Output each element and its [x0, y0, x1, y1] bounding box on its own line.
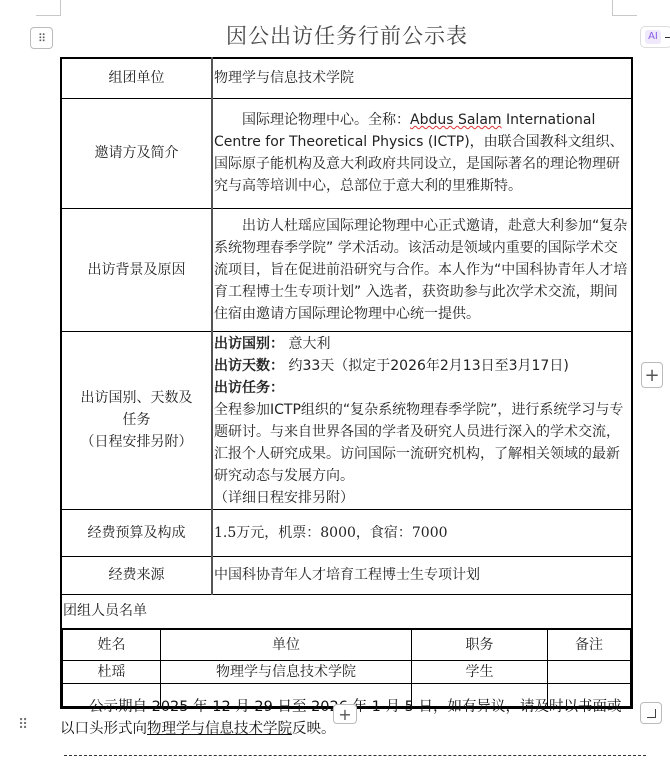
notice-unit-underlined: 物理学与信息技术学院 [147, 721, 292, 737]
resize-corner-icon [647, 709, 656, 718]
page-corner-mark [612, 0, 637, 16]
notice-text: 反映。 [292, 721, 336, 737]
drag-grip-icon: ⠿ [38, 34, 45, 43]
header-position: 职务 [412, 629, 548, 660]
page-corner-mark [36, 0, 61, 16]
task-note: （详细日程安排另附） [214, 487, 630, 509]
label-organizer: 组团单位 [61, 58, 212, 98]
table-row: 邀请方及简介 国际理论物理中心。全称：Abdus Salam Internati… [61, 98, 632, 208]
add-column-button[interactable]: + [641, 362, 663, 388]
member-remark[interactable] [548, 660, 631, 683]
label-line: 出访国别、天数及 [62, 387, 211, 409]
days-label: 出访天数： [214, 358, 284, 374]
label-budget: 经费预算及构成 [61, 509, 212, 556]
label-background: 出访背景及原因 [61, 208, 212, 331]
inviter-text: 国际理论物理中心。全称： [242, 112, 410, 128]
header-remark: 备注 [548, 629, 631, 660]
document-title: 因公出访任务行前公示表 [60, 20, 634, 50]
table-row: 经费预算及构成 1.5万元，机票：8000，食宿：7000 [61, 509, 632, 556]
block-drag-handle[interactable]: ⠿ [30, 27, 53, 49]
announcement-table: 组团单位 物理学与信息技术学院 邀请方及简介 国际理论物理中心。全称：Abdus… [60, 57, 633, 709]
label-country-days-task: 出访国别、天数及 任务 （日程安排另附） [61, 331, 212, 509]
task-label: 出访任务： [214, 380, 284, 396]
label-line: （日程安排另附） [62, 431, 211, 453]
value-funding-source[interactable]: 中国科协青年人才培育工程博士生专项计划 [212, 556, 632, 594]
header-name: 姓名 [63, 629, 161, 660]
plus-icon: + [644, 365, 659, 386]
task-value: 全程参加ICTP组织的“复杂系统物理春季学院”，进行系统学习与专题研讨。与来自世… [214, 399, 630, 487]
members-header-row: 姓名 单位 职务 备注 [63, 629, 631, 660]
label-inviter: 邀请方及简介 [61, 98, 212, 208]
member-unit[interactable]: 物理学与信息技术学院 [161, 660, 412, 683]
label-funding-source: 经费来源 [61, 556, 212, 594]
resize-handle[interactable] [640, 702, 662, 724]
header-unit: 单位 [161, 629, 412, 660]
spellcheck-text: Abdus Salam [410, 112, 502, 128]
value-organizer[interactable]: 物理学与信息技术学院 [212, 58, 632, 98]
table-row: 出访国别、天数及 任务 （日程安排另附） 出访国别： 意大利 出访天数： 约33… [61, 331, 632, 509]
days-value: 约33天（拟定于2026年2月13日至3月17日) [284, 358, 569, 374]
add-row-button[interactable]: + [333, 704, 357, 724]
member-row: 杜瑶 物理学与信息技术学院 学生 [63, 660, 631, 683]
table-row: 出访背景及原因 出访人杜瑶应国际理论物理中心正式邀请，赴意大利参加“复杂系统物理… [61, 208, 632, 331]
member-name[interactable]: 杜瑶 [63, 660, 161, 683]
value-inviter[interactable]: 国际理论物理中心。全称：Abdus Salam International Ce… [212, 98, 632, 208]
country-label: 出访国别： [214, 336, 284, 352]
table-row: 团组人员名单 [61, 594, 632, 628]
value-budget[interactable]: 1.5万元，机票：8000，食宿：7000 [212, 509, 632, 556]
page-break-divider [64, 755, 646, 756]
table-row: 经费来源 中国科协青年人才培育工程博士生专项计划 [61, 556, 632, 594]
members-table: 姓名 单位 职务 备注 杜瑶 物理学与信息技术学院 学生 [62, 629, 631, 707]
dash-icon [665, 37, 670, 38]
plus-icon: + [338, 705, 351, 724]
value-background[interactable]: 出访人杜瑶应国际理论物理中心正式邀请，赴意大利参加“复杂系统物理春季学院” 学术… [212, 208, 632, 331]
ai-assistant-button[interactable]: AI [640, 26, 670, 48]
table-row: 组团单位 物理学与信息技术学院 [61, 58, 632, 98]
label-line: 任务 [62, 409, 211, 431]
value-country-days-task[interactable]: 出访国别： 意大利 出访天数： 约33天（拟定于2026年2月13日至3月17日… [212, 331, 632, 509]
drag-grip-icon: ⠿ [18, 717, 28, 733]
country-value: 意大利 [284, 336, 330, 352]
member-position[interactable]: 学生 [412, 660, 548, 683]
members-title: 团组人员名单 [61, 594, 632, 628]
ai-icon: AI [645, 30, 661, 44]
paragraph-drag-handle[interactable]: ⠿ [18, 718, 28, 732]
